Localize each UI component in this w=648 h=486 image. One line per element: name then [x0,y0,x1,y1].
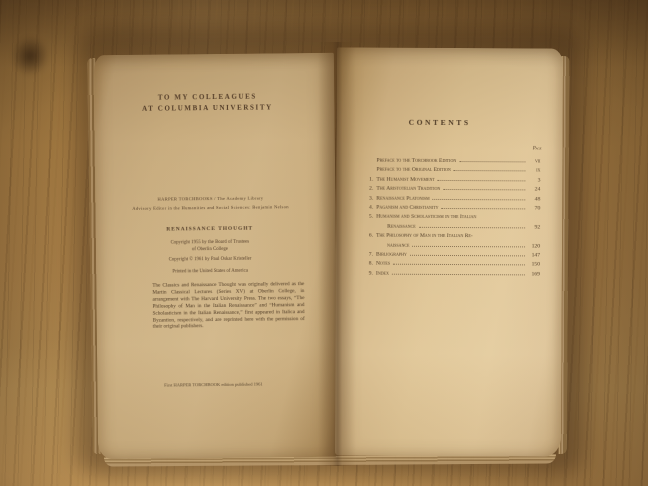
dot-leader [419,227,525,229]
copyright-block: Copyright 1955 by the Board of Trustees … [96,239,324,255]
contents-entry-page-number: 147 [528,251,540,260]
contents-entry-label: Notes [376,260,390,269]
contents-entry-label: Renaissance Platonism [376,194,429,204]
page-column-label: Page [533,146,542,151]
contents-entry-line: 7.Bibliography147 [364,250,540,260]
dedication-block: TO MY COLLEAGUES AT COLUMBIA UNIVERSITY [94,91,320,115]
dot-leader [459,161,525,162]
editor-line: Advisory Editor in the Humanities and So… [95,202,325,213]
contents-entry-label: The Philosophy of Man in the Italian Re- [376,232,473,242]
open-book: TO MY COLLEAGUES AT COLUMBIA UNIVERSITY … [94,42,572,466]
contents-entry-number: 4. [364,204,373,213]
right-page: CONTENTS Page Preface to the Torchbook E… [335,47,563,456]
contents-entry-page-number: 24 [528,186,540,195]
contents-list: Preface to the Torchbook EditionviiPrefa… [364,157,541,280]
contents-entry-label: naissance [387,241,410,251]
contents-entry-page-number: 169 [528,270,540,279]
right-page-content: CONTENTS Page Preface to the Torchbook E… [335,47,563,456]
contents-entry-page-number: 92 [528,223,540,232]
dot-leader [433,198,526,199]
contents-entry-label: Preface to the Original Edition [376,166,451,176]
copyright-line-2: of Oberlin College [96,245,324,254]
dedication-line-2: AT COLUMBIA UNIVERSITY [94,102,320,115]
printed-line: Printed in the United States of America [96,268,324,275]
contents-entry-label: Paganism and Christianity [376,204,438,214]
contents-entry-number: 6. [364,232,373,241]
contents-entry-number: 7. [364,250,373,259]
contents-entry-number: 5. [364,213,373,222]
contents-entry-label: Bibliography [376,251,407,261]
publication-note-paragraph: The Classics and Renaissance Thought was… [152,281,304,331]
contents-entry-line: 9.Index169 [364,269,540,279]
wood-dark-knot [0,23,62,90]
contents-entry-page-number: vii [528,157,540,166]
contents-entry-page-number: ix [528,167,540,176]
contents-entry-number: 8. [364,260,373,269]
contents-entry-label: Humanism and Scholasticism in the Italia… [376,213,476,223]
series-block: HARPER TORCHBOOKS / The Academy Library … [95,193,325,213]
dot-leader [443,189,525,190]
dot-leader [454,170,526,171]
dot-leader [393,264,525,266]
contents-heading: CONTENTS [337,117,543,127]
edition-line: First HARPER TORCHBOOK edition published… [97,381,329,388]
contents-entry-page-number: 48 [528,195,540,204]
contents-entry-label: The Aristotelian Tradition [376,185,440,195]
contents-entry-number: 2. [364,185,373,194]
dot-leader [392,273,525,275]
dot-leader [442,208,526,209]
photo-of-open-book: TO MY COLLEAGUES AT COLUMBIA UNIVERSITY … [0,0,648,486]
contents-entry-number: 9. [364,269,373,278]
contents-entry-page-number: 120 [528,242,540,251]
book-title: RENAISSANCE THOUGHT [96,225,324,233]
dot-leader [438,180,526,181]
contents-entry-label: Preface to the Torchbook Edition [376,157,456,167]
contents-entry-page-number: 70 [528,204,540,213]
left-page-content: TO MY COLLEAGUES AT COLUMBIA UNIVERSITY … [94,53,338,459]
contents-entry-page-number: 150 [528,261,540,270]
contents-entry-page-number: 3 [528,176,540,185]
contents-entry-label: Renaissance [387,222,416,232]
contents-entry-number: 1. [364,175,373,184]
contents-entry-label: Index [376,269,389,278]
left-page: TO MY COLLEAGUES AT COLUMBIA UNIVERSITY … [94,53,338,459]
contents-entry-label: The Humanist Movement [376,175,434,185]
dot-leader [412,245,525,247]
dot-leader [410,255,525,257]
copyright-1961: Copyright © 1961 by Paul Oskar Kristelle… [96,256,324,263]
contents-entry-number: 3. [364,194,373,203]
